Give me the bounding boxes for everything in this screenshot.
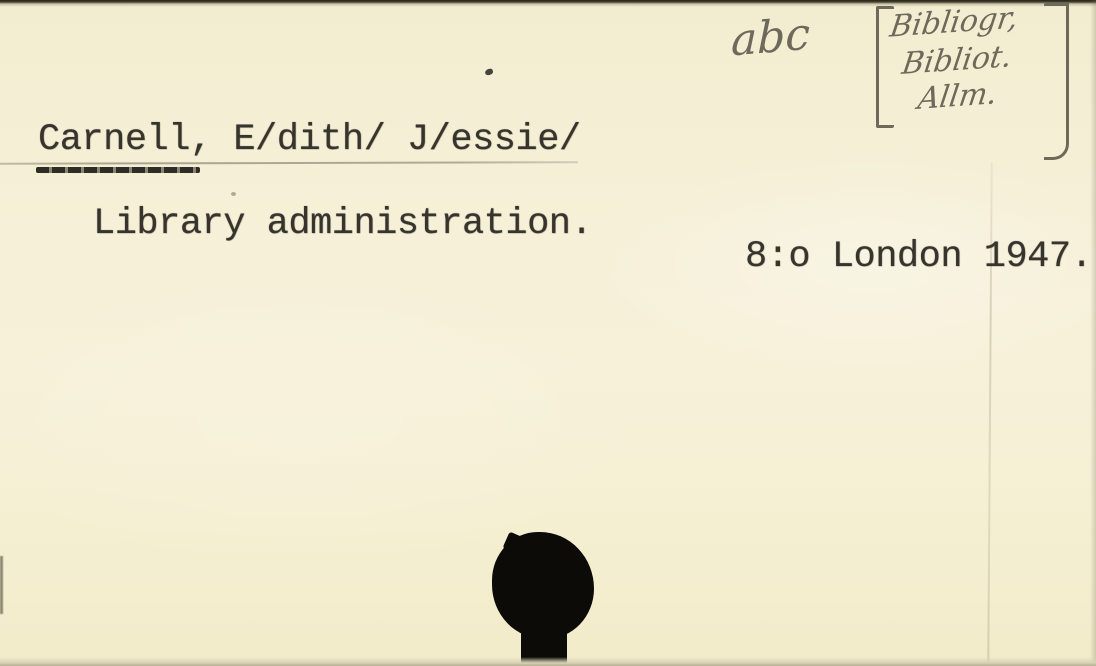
classification-line-bibliot: Bibliot. <box>900 42 1014 80</box>
title-line: Library administration. <box>93 206 592 243</box>
imprint-line: 8:o London 1947. <box>745 239 1092 276</box>
handwritten-abc-note: abc <box>731 12 811 63</box>
classification-bracket-right <box>1044 3 1069 160</box>
author-forenames: , E/dith/ J/essie/ <box>190 119 581 161</box>
card-left-edge-mark <box>0 556 3 614</box>
ink-speck <box>484 68 493 76</box>
catalog-card: abc Bibliogr, Bibliot. Allm. Carnell, E/… <box>0 0 1096 666</box>
author-heading: Carnell, E/dith/ J/essie/ <box>38 122 581 159</box>
author-surname: Carnell <box>38 119 190 161</box>
heading-ruled-line <box>0 161 578 165</box>
surname-underline <box>36 167 200 173</box>
card-right-edge <box>1090 0 1096 666</box>
classification-line-allm: Allm. <box>916 79 999 115</box>
classification-line-bibliogr: Bibliogr, <box>888 3 1020 42</box>
scan-speck <box>231 192 236 196</box>
card-bottom-edge <box>0 657 1096 666</box>
